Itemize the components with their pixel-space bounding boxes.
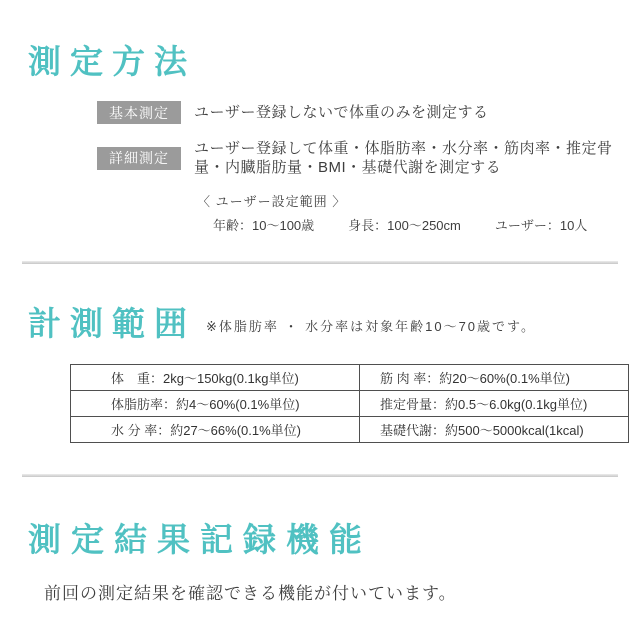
method-item-detail: 詳細測定 ユーザー登録して体重・体脂肪率・水分率・筋肉率・推定骨量・内臓脂肪量・… [97, 139, 622, 177]
detail-measurement-badge: 詳細測定 [97, 147, 181, 170]
table-row: 体 重：2kg～150kg(0.1kg単位) 筋 肉 率：約20～60%(0.1… [71, 365, 629, 391]
table-row: 水 分 率：約27～66%(0.1%単位) 基礎代謝：約500～5000kcal… [71, 417, 629, 443]
spec-bone-mass: 推定骨量：約0.5～6.0kg(0.1kg単位) [360, 391, 629, 417]
spec-water-rate: 水 分 率：約27～66%(0.1%単位) [71, 417, 360, 443]
section-divider [22, 261, 618, 264]
section-title-measurement-method: 測定方法 [28, 42, 196, 82]
method-item-basic: 基本測定 ユーザー登録しないで体重のみを測定する [97, 101, 489, 124]
section-title-record-function: 測定結果記録機能 [28, 520, 372, 560]
table-row: 体脂肪率：約4～60%(0.1%単位) 推定骨量：約0.5～6.0kg(0.1k… [71, 391, 629, 417]
user-setting-range-values: 年齢：10～100歳 身長：100～250cm ユーザー：10人 [213, 215, 587, 234]
measurement-range-note: ※体脂肪率 ・ 水分率は対象年齢10～70歳です。 [206, 316, 536, 335]
measurement-range-table: 体 重：2kg～150kg(0.1kg単位) 筋 肉 率：約20～60%(0.1… [70, 364, 629, 443]
user-range-users: ユーザー：10人 [495, 215, 587, 234]
spec-basal-metabolism: 基礎代謝：約500～5000kcal(1kcal) [360, 417, 629, 443]
user-range-height: 身長：100～250cm [348, 215, 461, 234]
detail-measurement-description: ユーザー登録して体重・体脂肪率・水分率・筋肉率・推定骨量・内臓脂肪量・BMI・基… [194, 139, 622, 177]
basic-measurement-badge: 基本測定 [97, 101, 181, 124]
user-range-age: 年齢：10～100歳 [213, 215, 314, 234]
spec-weight: 体 重：2kg～150kg(0.1kg単位) [71, 365, 360, 391]
basic-measurement-description: ユーザー登録しないで体重のみを測定する [194, 103, 489, 122]
section-title-measurement-range: 計測範囲 [28, 304, 196, 344]
section-divider [22, 474, 618, 477]
user-setting-range: 〈 ユーザー設定範囲 〉 年齢：10～100歳 身長：100～250cm ユーザ… [197, 191, 587, 234]
spec-body-fat-rate: 体脂肪率：約4～60%(0.1%単位) [71, 391, 360, 417]
record-function-description: 前回の測定結果を確認できる機能が付いています。 [44, 579, 457, 604]
user-setting-range-heading: 〈 ユーザー設定範囲 〉 [197, 191, 587, 210]
spec-muscle-rate: 筋 肉 率：約20～60%(0.1%単位) [360, 365, 629, 391]
product-spec-page: 測定方法 基本測定 ユーザー登録しないで体重のみを測定する 詳細測定 ユーザー登… [0, 0, 640, 640]
